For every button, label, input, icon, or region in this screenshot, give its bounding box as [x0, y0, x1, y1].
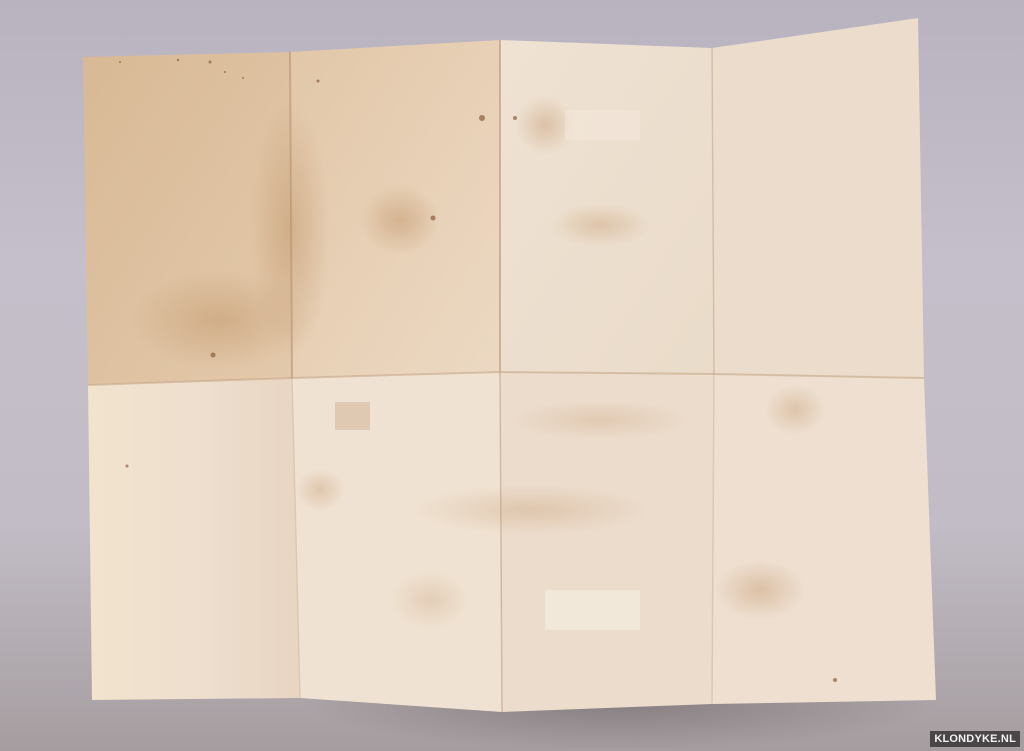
watermark: KLONDYKE.NL: [930, 731, 1020, 747]
folded-paper-sheet: [0, 0, 1024, 751]
photo-scene: KLONDYKE.NL: [0, 0, 1024, 751]
